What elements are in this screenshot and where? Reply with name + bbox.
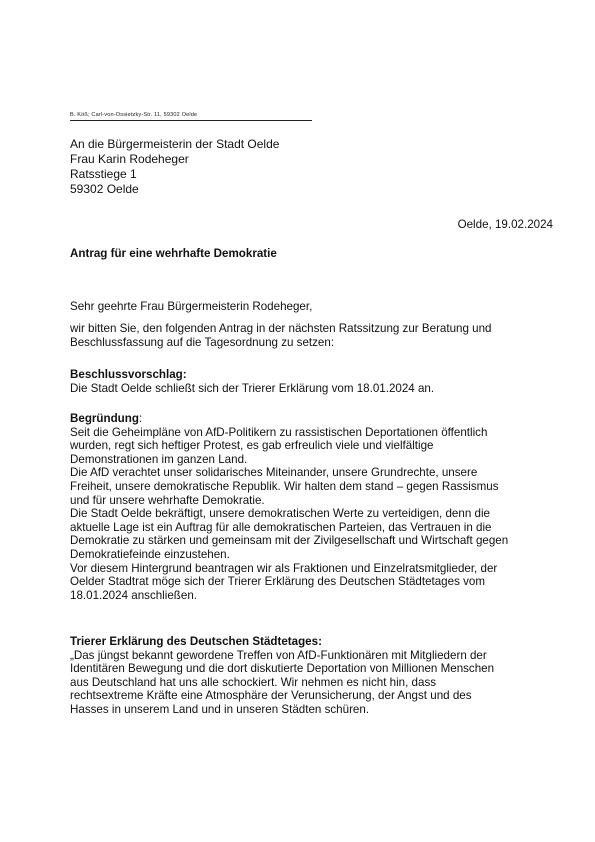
recipient-line: An die Bürgermeisterin der Stadt Oelde	[70, 137, 279, 152]
proposal-section: Beschlussvorschlag: Die Stadt Oelde schl…	[70, 368, 550, 395]
letter-subject: Antrag für eine wehrhafte Demokratie	[70, 247, 277, 261]
text-line: Identitären Bewegung und die dort diskut…	[70, 662, 550, 676]
recipient-line: 59302 Oelde	[70, 182, 279, 197]
recipient-line: Frau Karin Rodeheger	[70, 152, 279, 167]
trier-declaration-section: Trierer Erklärung des Deutschen Städteta…	[70, 635, 550, 717]
salutation: Sehr geehrte Frau Bürgermeisterin Rodehe…	[70, 300, 312, 314]
text-line: „Das jüngst bekannt gewordene Treffen vo…	[70, 649, 550, 663]
text-line: Seit die Geheimpläne von AfD-Politikern …	[70, 426, 550, 440]
sender-address-line: B. Köß; Carl-von-Ossietzky-Str. 11, 5930…	[70, 111, 312, 121]
trier-declaration-heading: Trierer Erklärung des Deutschen Städteta…	[70, 635, 550, 649]
intro-paragraph: wir bitten Sie, den folgenden Antrag in …	[70, 322, 550, 349]
proposal-heading: Beschlussvorschlag:	[70, 368, 550, 382]
text-line: und für unsere wehrhafte Demokratie.	[70, 494, 550, 508]
text-line: wir bitten Sie, den folgenden Antrag in …	[70, 322, 550, 336]
text-line: Demokratiefeinde einzustehen.	[70, 548, 550, 562]
text-line: Oelder Stadtrat möge sich der Trierer Er…	[70, 575, 550, 589]
recipient-line: Ratsstiege 1	[70, 167, 279, 182]
reasoning-heading: Begründung:	[70, 412, 550, 426]
document-page: B. Köß; Carl-von-Ossietzky-Str. 11, 5930…	[0, 0, 595, 842]
letter-date: Oelde, 19.02.2024	[458, 218, 553, 232]
text-line: Beschlussfassung auf die Tagesordnung zu…	[70, 336, 550, 350]
reasoning-heading-colon: :	[139, 412, 142, 425]
text-line: Die Stadt Oelde bekräftigt, unsere demok…	[70, 507, 550, 521]
reasoning-heading-text: Begründung	[70, 412, 139, 425]
text-line: 18.01.2024 anschließen.	[70, 589, 550, 603]
text-line: Hasses in unserem Land und in unseren St…	[70, 703, 550, 717]
text-line: rechtsextreme Kräfte eine Atmosphäre der…	[70, 689, 550, 703]
text-line: Vor diesem Hintergrund beantragen wir al…	[70, 562, 550, 576]
reasoning-section: Begründung: Seit die Geheimpläne von AfD…	[70, 412, 550, 602]
text-line: Die Stadt Oelde schließt sich der Triere…	[70, 382, 550, 396]
text-line: Demonstrationen im ganzen Land.	[70, 453, 550, 467]
text-line: aus Deutschland hat uns alle schockiert.…	[70, 676, 550, 690]
text-line: wurden, regt sich heftiger Protest, es g…	[70, 439, 550, 453]
text-line: Freiheit, unsere demokratische Republik.…	[70, 480, 550, 494]
text-line: Die AfD verachtet unser solidarisches Mi…	[70, 466, 550, 480]
text-line: aktuelle Lage ist ein Auftrag für alle d…	[70, 521, 550, 535]
text-line: Demokratie zu stärken und gemeinsam mit …	[70, 534, 550, 548]
recipient-address: An die Bürgermeisterin der Stadt Oelde F…	[70, 137, 279, 197]
